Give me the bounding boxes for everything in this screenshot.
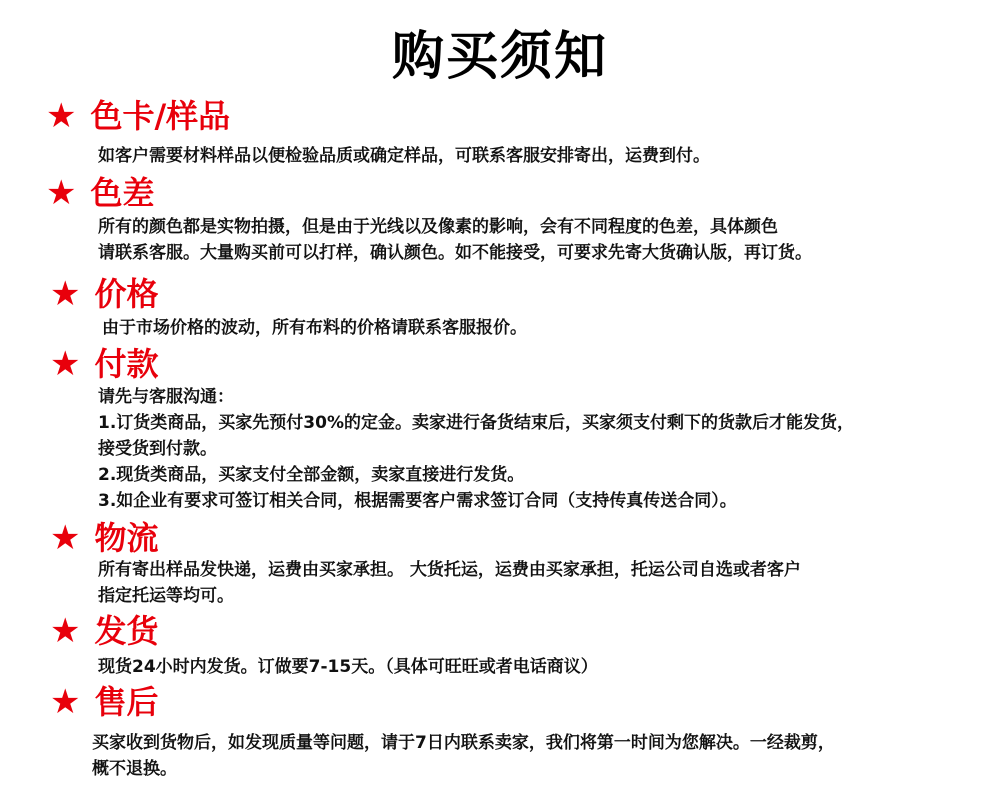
section-body-samples: 如客户需要材料样品以便检验品质或确定样品，可联系客服安排寄出，运费到付。 [98,143,710,169]
body-line: 接受货到付款。 [98,436,854,462]
section-heading-samples: ★ 色卡/样品 [46,96,230,136]
star-icon: ★ [50,518,80,558]
section-heading-logistics: ★ 物流 [50,518,159,558]
section-heading-label: 发货 [94,611,158,651]
star-icon: ★ [50,682,80,722]
body-line: 概不退换。 [92,756,835,782]
section-heading-label: 价格 [94,274,158,314]
star-icon: ★ [50,344,80,384]
star-icon: ★ [50,611,80,651]
section-body-payment: 请先与客服沟通： 1.订货类商品，买家先预付30%的定金。卖家进行备货结束后，买… [98,384,854,514]
section-heading-label: 售后 [94,682,158,722]
body-line: 指定托运等均可。 [98,583,801,609]
body-line: 1.订货类商品，买家先预付30%的定金。卖家进行备货结束后，买家须支付剩下的货款… [98,410,854,436]
section-heading-label: 色差 [90,173,154,213]
section-heading-price: ★ 价格 [50,274,159,314]
body-line: 请先与客服沟通： [98,384,854,410]
body-line: 由于市场价格的波动，所有布料的价格请联系客服报价。 [102,315,527,341]
page-title: 购买须知 [0,22,1000,92]
section-heading-label: 物流 [94,518,158,558]
section-heading-after-sales: ★ 售后 [50,682,159,722]
star-icon: ★ [46,173,76,213]
body-line: 现货24小时内发货。订做要7-15天。（具体可旺旺或者电话商议） [98,654,598,680]
section-body-shipping: 现货24小时内发货。订做要7-15天。（具体可旺旺或者电话商议） [98,654,598,680]
section-body-color-difference: 所有的颜色都是实物拍摄，但是由于光线以及像素的影响，会有不同程度的色差，具体颜色… [98,214,812,266]
star-icon: ★ [46,96,76,136]
body-line: 买家收到货物后，如发现质量等问题，请于7日内联系卖家，我们将第一时间为您解决。一… [92,730,835,756]
section-body-price: 由于市场价格的波动，所有布料的价格请联系客服报价。 [102,315,527,341]
star-icon: ★ [50,274,80,314]
section-body-after-sales: 买家收到货物后，如发现质量等问题，请于7日内联系卖家，我们将第一时间为您解决。一… [92,730,835,782]
body-line: 3.如企业有要求可签订相关合同，根据需要客户需求签订合同（支持传真传送合同）。 [98,488,854,514]
body-line: 2.现货类商品，买家支付全部金额，卖家直接进行发货。 [98,462,854,488]
section-body-logistics: 所有寄出样品发快递，运费由买家承担。 大货托运，运费由买家承担，托运公司自选或者… [98,557,801,609]
body-line: 请联系客服。大量购买前可以打样，确认颜色。如不能接受，可要求先寄大货确认版，再订… [98,240,812,266]
body-line: 如客户需要材料样品以便检验品质或确定样品，可联系客服安排寄出，运费到付。 [98,143,710,169]
body-line: 所有寄出样品发快递，运费由买家承担。 大货托运，运费由买家承担，托运公司自选或者… [98,557,801,583]
section-heading-label: 色卡/样品 [90,96,230,136]
section-heading-color-difference: ★ 色差 [46,173,155,213]
body-line: 所有的颜色都是实物拍摄，但是由于光线以及像素的影响，会有不同程度的色差，具体颜色 [98,214,812,240]
section-heading-payment: ★ 付款 [50,344,159,384]
section-heading-label: 付款 [94,344,158,384]
section-heading-shipping: ★ 发货 [50,611,159,651]
